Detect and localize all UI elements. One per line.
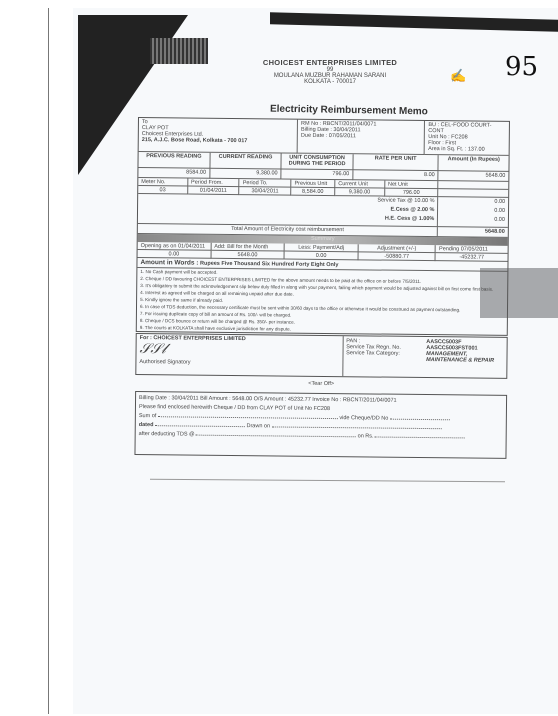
th-unit-consumption: UNIT CONSUMPTION DURING THE PERIOD (282, 154, 354, 171)
he-cess-label: H.E. Cess @ 1.00% (141, 213, 434, 225)
tax-values: 0.00 0.00 0.00 (438, 197, 508, 228)
to-address: 215, A.J.C. Bose Road, Kolkata - 700 017 (142, 137, 294, 145)
stub-enclosed-line: Please find enclosed herewith Cheque / D… (139, 404, 503, 414)
scan-edge (48, 8, 49, 714)
amount-words-label: Amount in Words : (140, 259, 198, 267)
th-rate-per-unit: RATE PER UNIT (353, 154, 439, 171)
st-cat-label: Service Tax Category: (346, 350, 426, 363)
company-logo (150, 38, 208, 64)
pending: -45232.77 (436, 253, 508, 262)
th-current-reading: CURRENT READING (210, 153, 282, 170)
due-date: : 07/05/2011 (326, 133, 356, 139)
company-header: CHOICEST ENTERPRISES LIMITED 99 MOULANA … (250, 58, 410, 85)
handwritten-page-number: 95 (505, 52, 538, 82)
unit-info: BU : CEL-FOOD COURT-CONT Unit No : FC208… (425, 121, 509, 156)
total-value: 5648.00 (438, 227, 508, 238)
business-unit: BU : CEL-FOOD COURT-CONT (428, 122, 506, 135)
sum-of-field[interactable] (158, 416, 338, 419)
summary-label: Summary (311, 236, 335, 242)
th-amount: Amount (In Rupees) (439, 155, 509, 172)
dated-field[interactable] (155, 425, 245, 427)
drawn-on-field[interactable] (272, 426, 442, 429)
less-payment: 0.00 (285, 252, 359, 261)
adjustment: -50880.77 (358, 252, 436, 261)
stub-billing-line: Billing Date : 30/04/2011 Bill Amount : … (139, 395, 503, 405)
tax-rows: Service Tax @ 10.00 % E.Cess @ 2.00 % H.… (138, 194, 508, 228)
signature-scribble: 𝒮𝒮𝓁 (139, 341, 339, 361)
tds-field[interactable] (196, 435, 356, 438)
sum-of-label: Sum of (139, 413, 156, 419)
tear-off-label: <Tear Off> (135, 379, 507, 389)
vide-label: vide Cheque/DD No (339, 415, 388, 422)
dated-label: dated (139, 422, 154, 428)
initials-mark: ✍ (450, 68, 466, 84)
amount-words: Rupees Five Thousand Six Hundred Forty E… (200, 261, 338, 268)
acknowledgement-stub: Billing Date : 30/04/2011 Bill Amount : … (134, 391, 507, 459)
signature-block: For : CHOICEST ENTERPRISES LIMITED 𝒮𝒮𝓁 A… (135, 333, 507, 379)
company-name: CHOICEST ENTERPRISES LIMITED (250, 58, 410, 67)
he-cess-value: 0.00 (441, 216, 505, 226)
terms-list: 1. No Cash payment will be accepted. 2. … (137, 268, 508, 335)
on-rs-field[interactable] (375, 437, 465, 439)
cheque-no-field[interactable] (390, 419, 450, 421)
drawn-on-label: Drawn on (246, 423, 270, 429)
to-block: To CLAY POT Choicest Enterprises Ltd. 21… (139, 118, 298, 154)
memo-body: To CLAY POT Choicest Enterprises Ltd. 21… (134, 117, 510, 459)
signature-area: For : CHOICEST ENTERPRISES LIMITED 𝒮𝒮𝓁 A… (136, 334, 343, 376)
due-date-label: Due Date (301, 133, 324, 139)
memo-table: To CLAY POT Choicest Enterprises Ltd. 21… (136, 117, 510, 336)
opening: 0.00 (138, 250, 212, 259)
bill-info: RM No : RBCNT/2011/04/0071 Billing Date … (298, 120, 426, 155)
area-label: Area in Sq. Ft. (428, 146, 463, 152)
th-previous-reading: PREVIOUS READING (138, 152, 210, 169)
company-city: KOLKATA - 700017 (250, 79, 410, 85)
bill-month: 5648.00 (211, 251, 285, 260)
tax-info: PAN :AASCC5003F Service Tax Regn. No.AAS… (343, 336, 507, 378)
on-rs-label: on Rs. (358, 433, 374, 439)
authorised-signatory: Authorised Signatory (139, 359, 339, 367)
st-cat: MANAGEMENT, MAINTENANCE & REPAIR (426, 351, 496, 364)
tax-labels: Service Tax @ 10.00 % E.Cess @ 2.00 % H.… (138, 194, 439, 227)
area: : 137.00 (465, 146, 485, 152)
tds-label: after deducting TDS @ (139, 431, 195, 438)
